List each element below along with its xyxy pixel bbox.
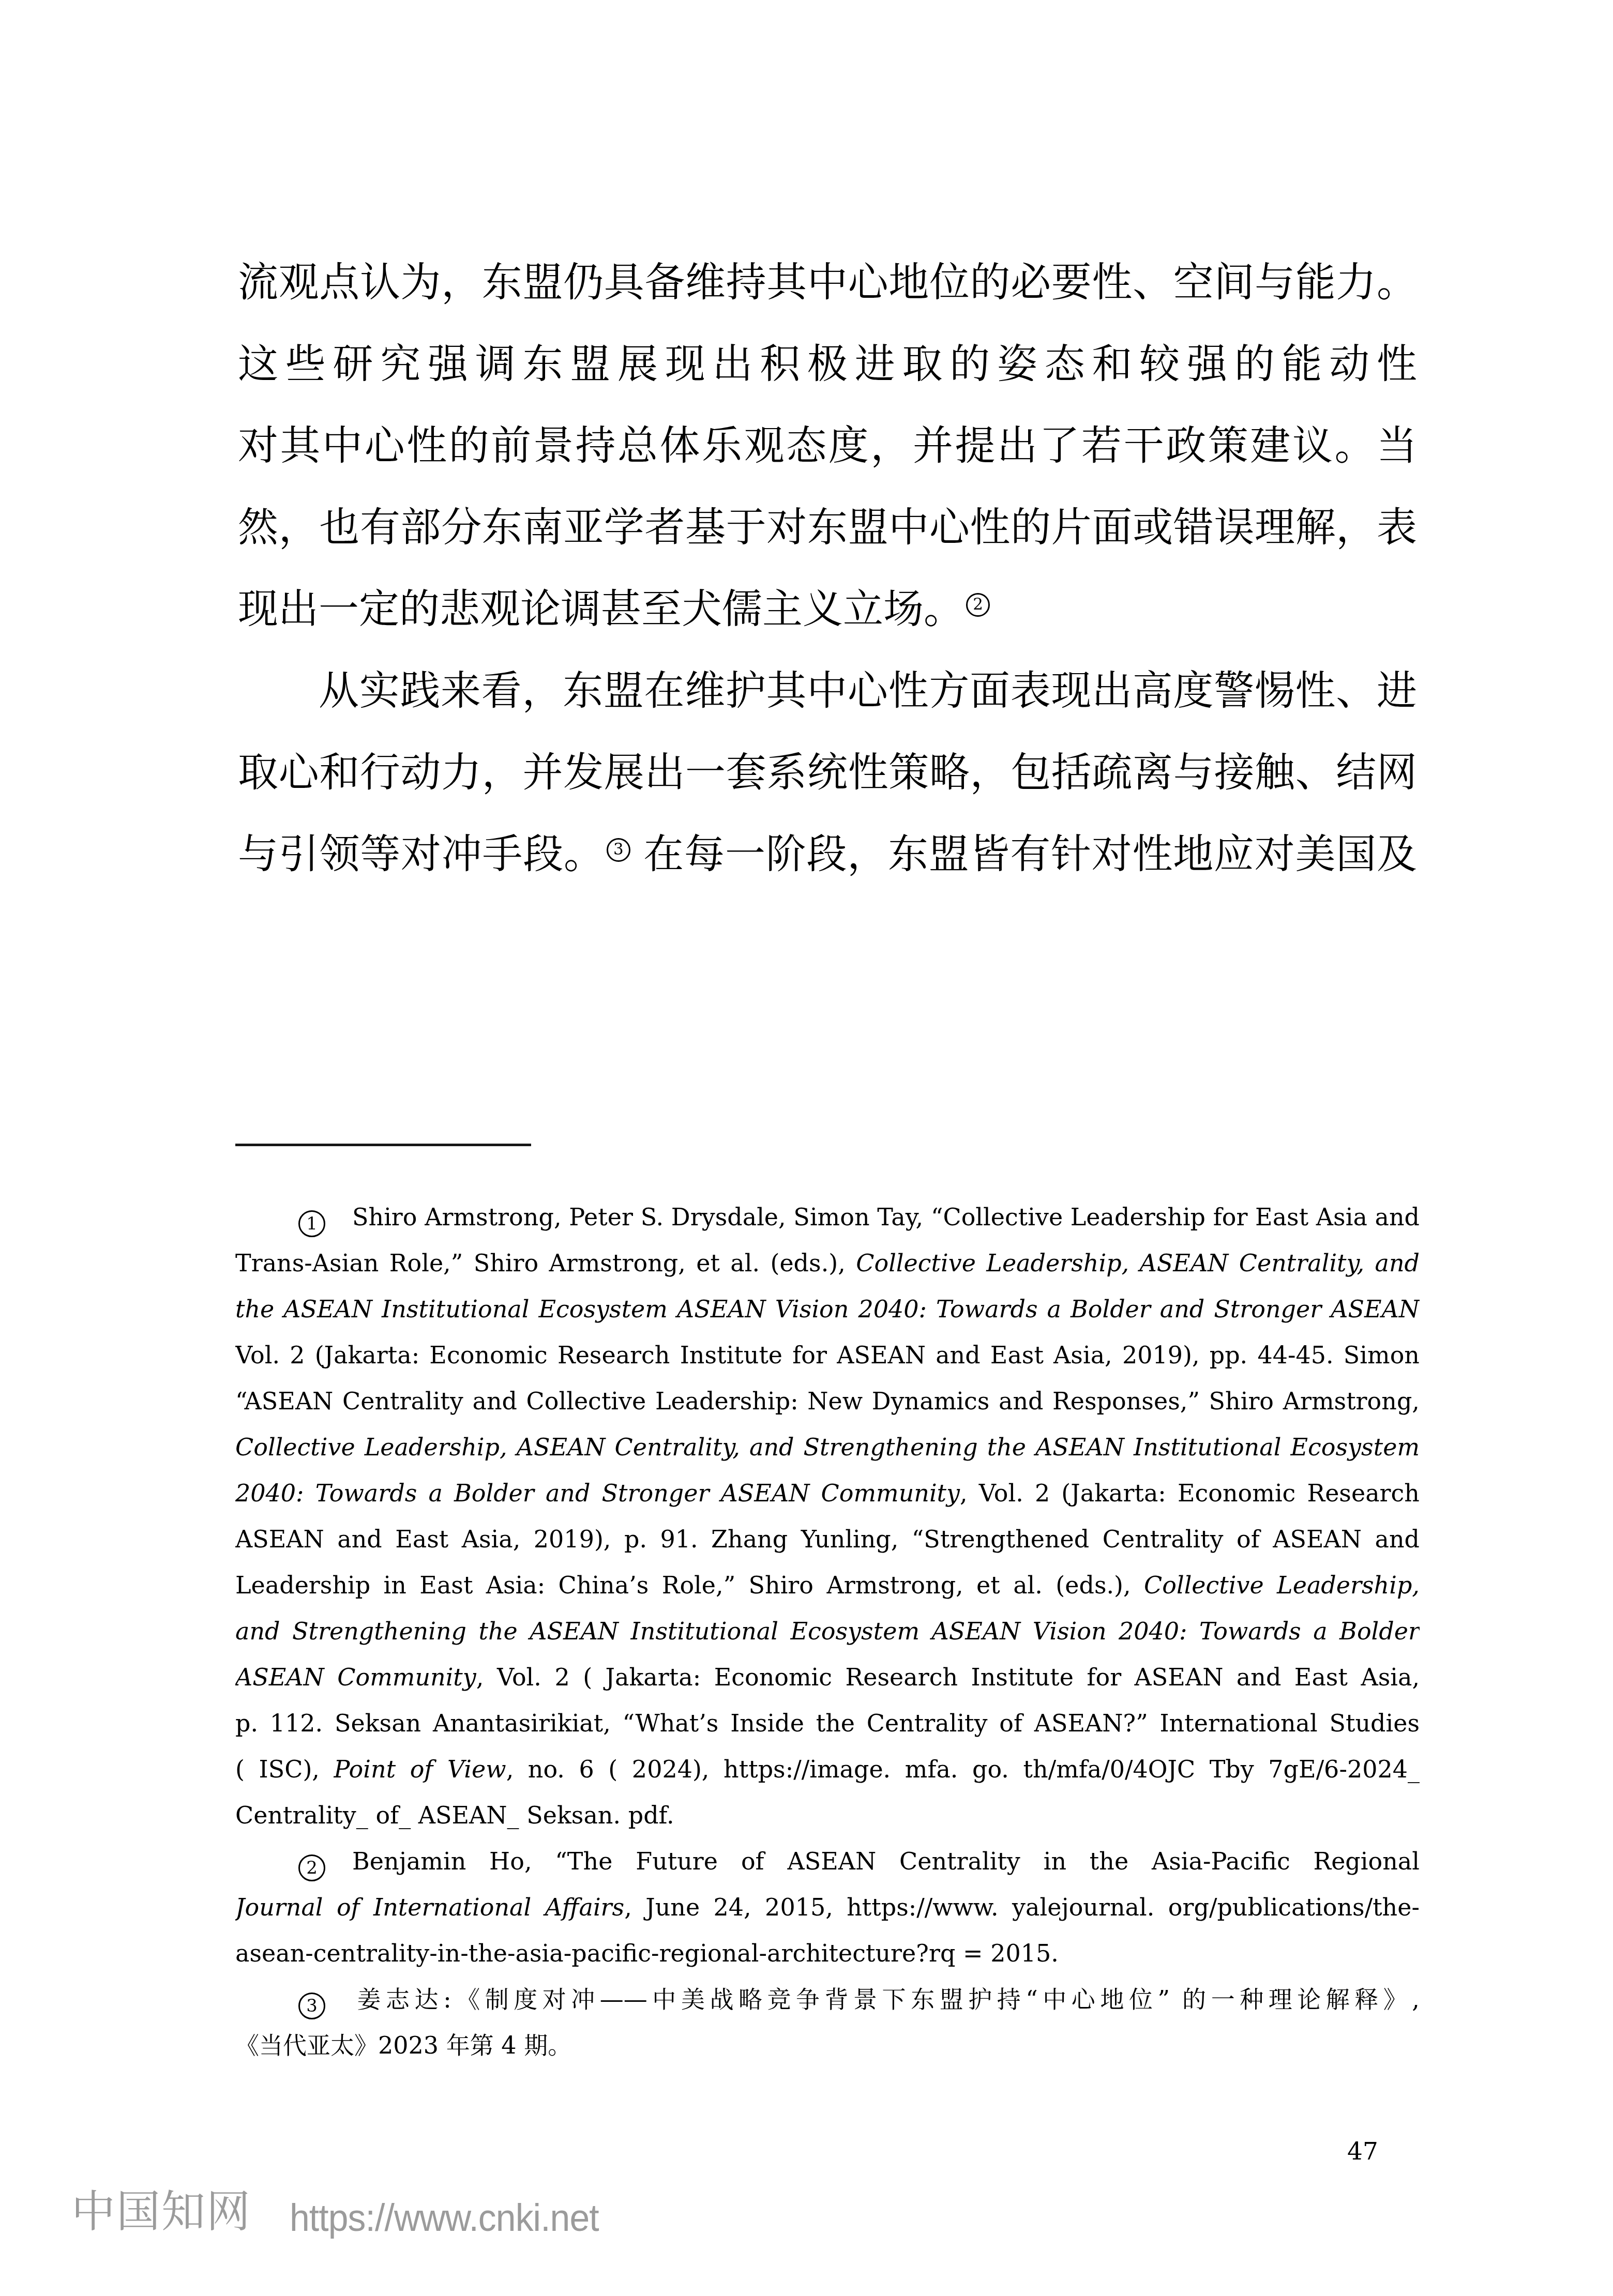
footnote-line: Vol. 2 (Jakarta: Economic Research Insti… xyxy=(235,1332,1420,1378)
body-text: 流观点认为，东盟仍具备维持其中心地位的必要性、空间与能力。1这些研究强调东盟展现… xyxy=(238,242,1417,895)
footnote-line: and Strengthening the ASEAN Institutiona… xyxy=(235,1608,1420,1654)
footnote-line: Journal of International Affairs, June 2… xyxy=(235,1884,1420,1930)
footnote-line: 3姜志达:《制度对冲——中美战略竞争背景下东盟护持“中心地位” 的一种理论解释》… xyxy=(235,1976,1420,2023)
italic-title-text: ASEAN Community xyxy=(235,1663,476,1691)
footnote-line: asean-centrality-in-the-asia-pacific-reg… xyxy=(235,1930,1420,1976)
body-line: 取心和行动力，并发展出一套系统性策略，包括疏离与接触、结网 xyxy=(238,732,1417,814)
footnote-line: ASEAN Community, Vol. 2 ( Jakarta: Econo… xyxy=(235,1654,1420,1700)
italic-title-text: the ASEAN Institutional Ecosystem ASEAN … xyxy=(235,1295,1420,1332)
footnote-separator xyxy=(235,1144,531,1146)
italic-title-text: Collective Leadership, ASEAN Centrality,… xyxy=(235,1433,1420,1470)
footnote-line: 2Benjamin Ho, “The Future of ASEAN Centr… xyxy=(235,1838,1420,1884)
footnote-line: ASEAN and East Asia, 2019), p. 91. Zhang… xyxy=(235,1516,1420,1562)
footnote-marker-circled-2: 2 xyxy=(298,1854,325,1881)
italic-title-text: Collective Leadership, ASEAN Centrality,… xyxy=(235,1249,1420,1286)
footnote-marker-circled-3: 3 xyxy=(298,1993,325,2019)
document-page: 流观点认为，东盟仍具备维持其中心地位的必要性、空间与能力。1这些研究强调东盟展现… xyxy=(0,0,1613,2296)
body-line: 流观点认为，东盟仍具备维持其中心地位的必要性、空间与能力。1 xyxy=(238,242,1417,324)
footnote-line: ( ISC), Point of View, no. 6 ( 2024), ht… xyxy=(235,1746,1420,1792)
footnote-line: 《当代亚太》2023 年第 4 期。 xyxy=(235,2023,1420,2069)
body-line: 然，也有部分东南亚学者基于对东盟中心性的片面或错误理解，表 xyxy=(238,487,1417,569)
footnote-line: 2040: Towards a Bolder and Stronger ASEA… xyxy=(235,1470,1420,1516)
footnotes: 1Shiro Armstrong, Peter S. Drysdale, Sim… xyxy=(235,1194,1420,2069)
footnote-line: Trans-Asian Role,” Shiro Armstrong, et a… xyxy=(235,1240,1420,1286)
italic-title-text: Journal of International Affairs xyxy=(235,1893,624,1921)
cnki-watermark-url: https://www.cnki.net xyxy=(290,2196,599,2239)
italic-title-text: Point of View xyxy=(334,1755,506,1783)
italic-title-text: and Strengthening the ASEAN Institutiona… xyxy=(235,1617,1420,1654)
footnote-ref-circled-2: 2 xyxy=(966,593,990,617)
footnote-line: Leadership in East Asia: China’s Role,” … xyxy=(235,1562,1420,1608)
italic-title-text: 2040: Towards a Bolder and Stronger ASEA… xyxy=(235,1479,960,1507)
footnote-line: p. 112. Seksan Anantasirikiat, “What’s I… xyxy=(235,1700,1420,1746)
italic-title-text: Collective Leadership, ASEAN Centrality, xyxy=(235,1571,1420,1608)
footnote-line: the ASEAN Institutional Ecosystem ASEAN … xyxy=(235,1286,1420,1332)
body-line: 与引领等对冲手段。3 在每一阶段，东盟皆有针对性地应对美国及 xyxy=(238,814,1417,895)
footnote-line: “ASEAN Centrality and Collective Leaders… xyxy=(235,1378,1420,1424)
page-number: 47 xyxy=(1332,2136,1394,2167)
footnote-marker-circled-1: 1 xyxy=(298,1210,325,1237)
body-line: 现出一定的悲观论调甚至犬儒主义立场。2 xyxy=(238,569,1417,650)
footnote-ref-circled-3: 3 xyxy=(607,838,630,862)
body-line: 对其中心性的前景持总体乐观态度，并提出了若干政策建议。当 xyxy=(238,405,1417,487)
body-line: 这些研究强调东盟展现出积极进取的姿态和较强的能动性（agency）， xyxy=(238,324,1417,405)
footnote-line: Centrality_ of_ ASEAN_ Seksan. pdf. xyxy=(235,1792,1420,1838)
footnote-line: 1Shiro Armstrong, Peter S. Drysdale, Sim… xyxy=(235,1194,1420,1240)
footnote-line: Collective Leadership, ASEAN Centrality,… xyxy=(235,1424,1420,1470)
cnki-watermark-logo-text: 中国知网 xyxy=(71,2189,251,2236)
body-line: 从实践来看，东盟在维护其中心性方面表现出高度警惕性、进 xyxy=(238,650,1417,732)
